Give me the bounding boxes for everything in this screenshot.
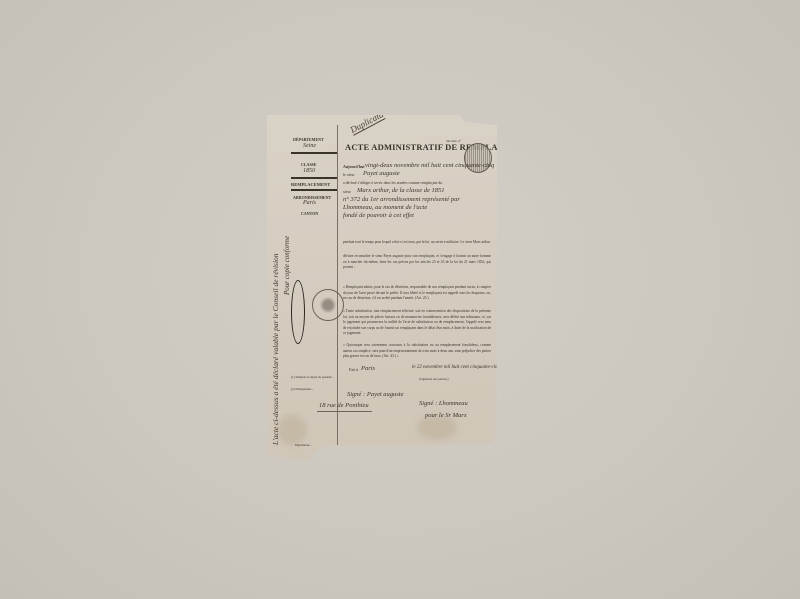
static-text: a déclaré s'obliger à servir dans les ar… bbox=[343, 181, 442, 185]
fait-place: Paris bbox=[361, 365, 375, 372]
body-paragraph: « Remplaçant admis, pour le cas de déser… bbox=[343, 285, 491, 302]
signature-line bbox=[317, 411, 372, 412]
classe-value: 1850 bbox=[303, 168, 315, 174]
fait-label: Fait à bbox=[349, 367, 358, 372]
ink-oval-mark bbox=[291, 280, 305, 344]
departement-label: DÉPARTEMENT bbox=[293, 137, 324, 142]
arrondissement-value: Paris bbox=[303, 200, 316, 206]
field-value: Payet auguste bbox=[363, 170, 400, 177]
signature-note: (Signature des parties.) bbox=[419, 377, 448, 381]
divider bbox=[291, 177, 337, 179]
field-label: sieur bbox=[343, 189, 351, 194]
margin-handwriting: L'acte ci-dessus a été déclaré valable p… bbox=[271, 125, 280, 445]
classe-label: CLASSE bbox=[301, 162, 317, 167]
signature-left: Signé : Payet auguste bbox=[347, 391, 404, 398]
modele-label: Modèle n° bbox=[446, 139, 461, 143]
fait-date: le 22 novembre mil huit cent cinquante-c… bbox=[412, 365, 497, 370]
divider bbox=[291, 152, 337, 154]
document-page: Duplicata ACTE ADMINISTRATIF DE REMPLACE… bbox=[267, 115, 497, 460]
body-paragraph: déclare reconnaître le sieur Payet augus… bbox=[343, 254, 491, 271]
canton-label: CANTON bbox=[301, 211, 318, 216]
duplicata-stamp: Duplicata bbox=[349, 115, 386, 136]
field-label: le sieur bbox=[343, 172, 355, 177]
remplacement-label: REMPLACEMENT bbox=[291, 182, 330, 187]
margin-handwriting: Pour copie conforme bbox=[283, 236, 291, 295]
prefecture-stamp-icon bbox=[312, 289, 344, 321]
body-paragraph: pendant tout le temps pour lequel celui-… bbox=[343, 240, 491, 246]
signature-right-2: pour le Sr Marx bbox=[425, 412, 467, 419]
signature-right: Signé : Lhommeau bbox=[419, 400, 468, 407]
body-paragraph: « Toute substitution, tout remplacement … bbox=[343, 309, 491, 337]
field-value: fondé de pouvoir à cet effet bbox=[343, 212, 414, 219]
divider bbox=[291, 189, 337, 191]
field-value: Marx arthur, de la classe de 1851 bbox=[357, 187, 445, 194]
body-paragraph: « Quiconque sera sciemment concouru à la… bbox=[343, 343, 491, 360]
footnote: Imprimerie... bbox=[295, 443, 312, 447]
footnote: (2) Désignation... bbox=[291, 387, 313, 391]
field-label: Aujourd'hui bbox=[343, 164, 364, 169]
field-value: Lhommeau, au moment de l'acte bbox=[343, 204, 427, 211]
field-value: n° 372 du 1er arrondissement représenté … bbox=[343, 196, 460, 203]
field-value: vingt-deux novembre mil huit cent cinqua… bbox=[365, 162, 494, 169]
departement-value: Seine bbox=[303, 143, 316, 149]
footnote: (1) Indiquer le degré de parenté... bbox=[291, 375, 334, 379]
address-left: 18 rue de Ponthieu bbox=[319, 402, 369, 409]
